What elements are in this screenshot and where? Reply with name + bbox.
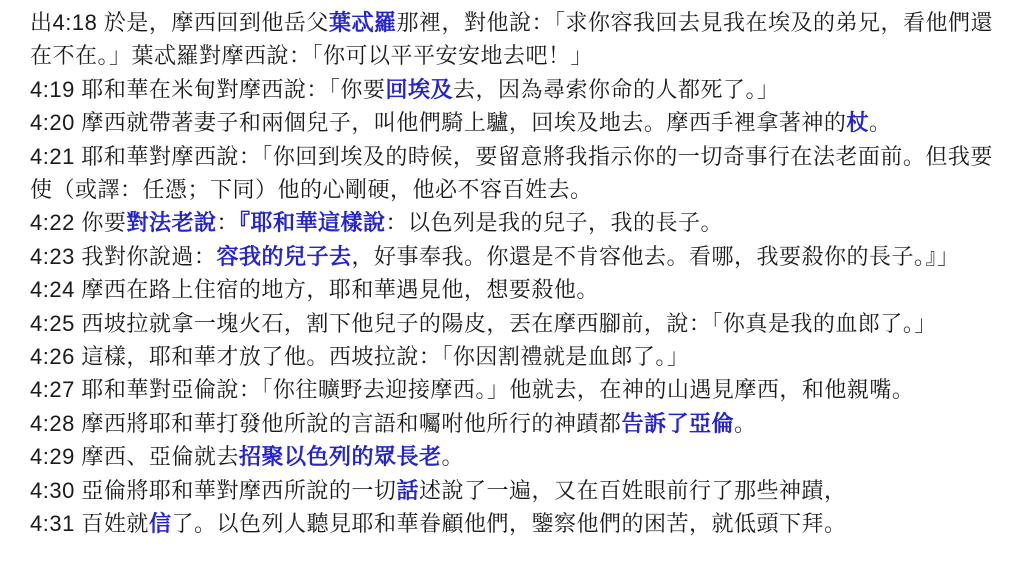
verse-text: 4:27 耶和華對亞倫說：「你往曠野去迎接摩西。」他就去，在神的山遇見摩西，和他… xyxy=(30,377,914,402)
verse-text: 4:30 亞倫將耶和華對摩西所說的一切 xyxy=(30,478,396,503)
verse: 4:21 耶和華對摩西說：「你回到埃及的時候，要留意將我指示你的一切奇事行在法老… xyxy=(30,140,996,207)
verse-text: 4:20 摩西就帶著妻子和兩個兒子，叫他們騎上驢，回埃及地去。摩西手裡拿著神的 xyxy=(30,110,846,135)
verse: 4:24 摩西在路上住宿的地方，耶和華遇見他，想要殺他。 xyxy=(30,273,996,306)
verse-text: 4:19 耶和華在米甸對摩西說：「你要 xyxy=(30,77,385,102)
cross-ref-link[interactable]: 葉忒羅 xyxy=(329,10,397,35)
verse-text: 。 xyxy=(734,411,757,436)
cross-ref-link[interactable]: 招聚以色列的眾長老 xyxy=(239,444,442,469)
verse-text: 。 xyxy=(869,110,892,135)
verse-text: ：以色列是我的兒子，我的長子。 xyxy=(385,210,723,235)
verse-text: 述說了一遍，又在百姓眼前行了那些神蹟， xyxy=(419,478,847,503)
cross-ref-link[interactable]: 話 xyxy=(396,478,419,503)
cross-ref-link[interactable]: 『耶和華這樣說 xyxy=(239,210,386,235)
verse: 4:30 亞倫將耶和華對摩西所說的一切話述說了一遍，又在百姓眼前行了那些神蹟， xyxy=(30,474,996,507)
verse-text: 出4:18 於是，摩西回到他岳父 xyxy=(30,10,329,35)
verse: 4:19 耶和華在米甸對摩西說：「你要回埃及去，因為尋索你命的人都死了。」 xyxy=(30,73,996,106)
verse-text: 4:28 摩西將耶和華打發他所說的言語和囑咐他所行的神蹟都 xyxy=(30,411,621,436)
verse-text: 4:26 這樣，耶和華才放了他。西坡拉說：「你因割禮就是血郎了。」 xyxy=(30,344,689,369)
verse-text: 4:22 你要 xyxy=(30,210,126,235)
verse-text: 4:21 耶和華對摩西說：「你回到埃及的時候，要留意將我指示你的一切奇事行在法老… xyxy=(30,144,993,202)
cross-ref-link[interactable]: 告訴了亞倫 xyxy=(621,411,734,436)
verse-text: 去，因為尋索你命的人都死了。」 xyxy=(453,77,780,102)
cross-ref-link[interactable]: 容我的兒子去 xyxy=(216,244,351,269)
verse-text: 了。以色列人聽見耶和華眷顧他們，鑒察他們的困苦，就低頭下拜。 xyxy=(171,511,846,536)
verse-text: ： xyxy=(216,210,239,235)
verse-text: 4:29 摩西、亞倫就去 xyxy=(30,444,239,469)
cross-ref-link[interactable]: 杖 xyxy=(846,110,869,135)
verse: 4:27 耶和華對亞倫說：「你往曠野去迎接摩西。」他就去，在神的山遇見摩西，和他… xyxy=(30,373,996,406)
verse: 4:26 這樣，耶和華才放了他。西坡拉說：「你因割禮就是血郎了。」 xyxy=(30,340,996,373)
verse-text: ，好事奉我。你還是不肯容他去。看哪，我要殺你的長子。』」 xyxy=(351,244,959,269)
verse-text: 。 xyxy=(441,444,464,469)
verse-list: 出4:18 於是，摩西回到他岳父葉忒羅那裡，對他說：「求你容我回去見我在埃及的弟… xyxy=(30,6,996,541)
verse: 4:22 你要對法老說：『耶和華這樣說：以色列是我的兒子，我的長子。 xyxy=(30,206,996,239)
verse: 4:20 摩西就帶著妻子和兩個兒子，叫他們騎上驢，回埃及地去。摩西手裡拿著神的杖… xyxy=(30,106,996,139)
verse-text: 4:31 百姓就 xyxy=(30,511,149,536)
verse: 出4:18 於是，摩西回到他岳父葉忒羅那裡，對他說：「求你容我回去見我在埃及的弟… xyxy=(30,6,996,73)
verse: 4:23 我對你說過：容我的兒子去，好事奉我。你還是不肯容他去。看哪，我要殺你的… xyxy=(30,240,996,273)
bible-reader-page: 出4:18 於是，摩西回到他岳父葉忒羅那裡，對他說：「求你容我回去見我在埃及的弟… xyxy=(0,0,1024,576)
verse: 4:28 摩西將耶和華打發他所說的言語和囑咐他所行的神蹟都告訴了亞倫。 xyxy=(30,407,996,440)
verse-text: 4:24 摩西在路上住宿的地方，耶和華遇見他，想要殺他。 xyxy=(30,277,599,302)
cross-ref-link[interactable]: 回埃及 xyxy=(385,77,453,102)
verse: 4:29 摩西、亞倫就去招聚以色列的眾長老。 xyxy=(30,440,996,473)
cross-ref-link[interactable]: 信 xyxy=(149,511,172,536)
verse-text: 4:25 西坡拉就拿一塊火石，割下他兒子的陽皮，丟在摩西腳前，說：「你真是我的血… xyxy=(30,311,937,336)
cross-ref-link[interactable]: 對法老說 xyxy=(126,210,216,235)
verse: 4:25 西坡拉就拿一塊火石，割下他兒子的陽皮，丟在摩西腳前，說：「你真是我的血… xyxy=(30,307,996,340)
verse-text: 4:23 我對你說過： xyxy=(30,244,216,269)
verse: 4:31 百姓就信了。以色列人聽見耶和華眷顧他們，鑒察他們的困苦，就低頭下拜。 xyxy=(30,507,996,540)
